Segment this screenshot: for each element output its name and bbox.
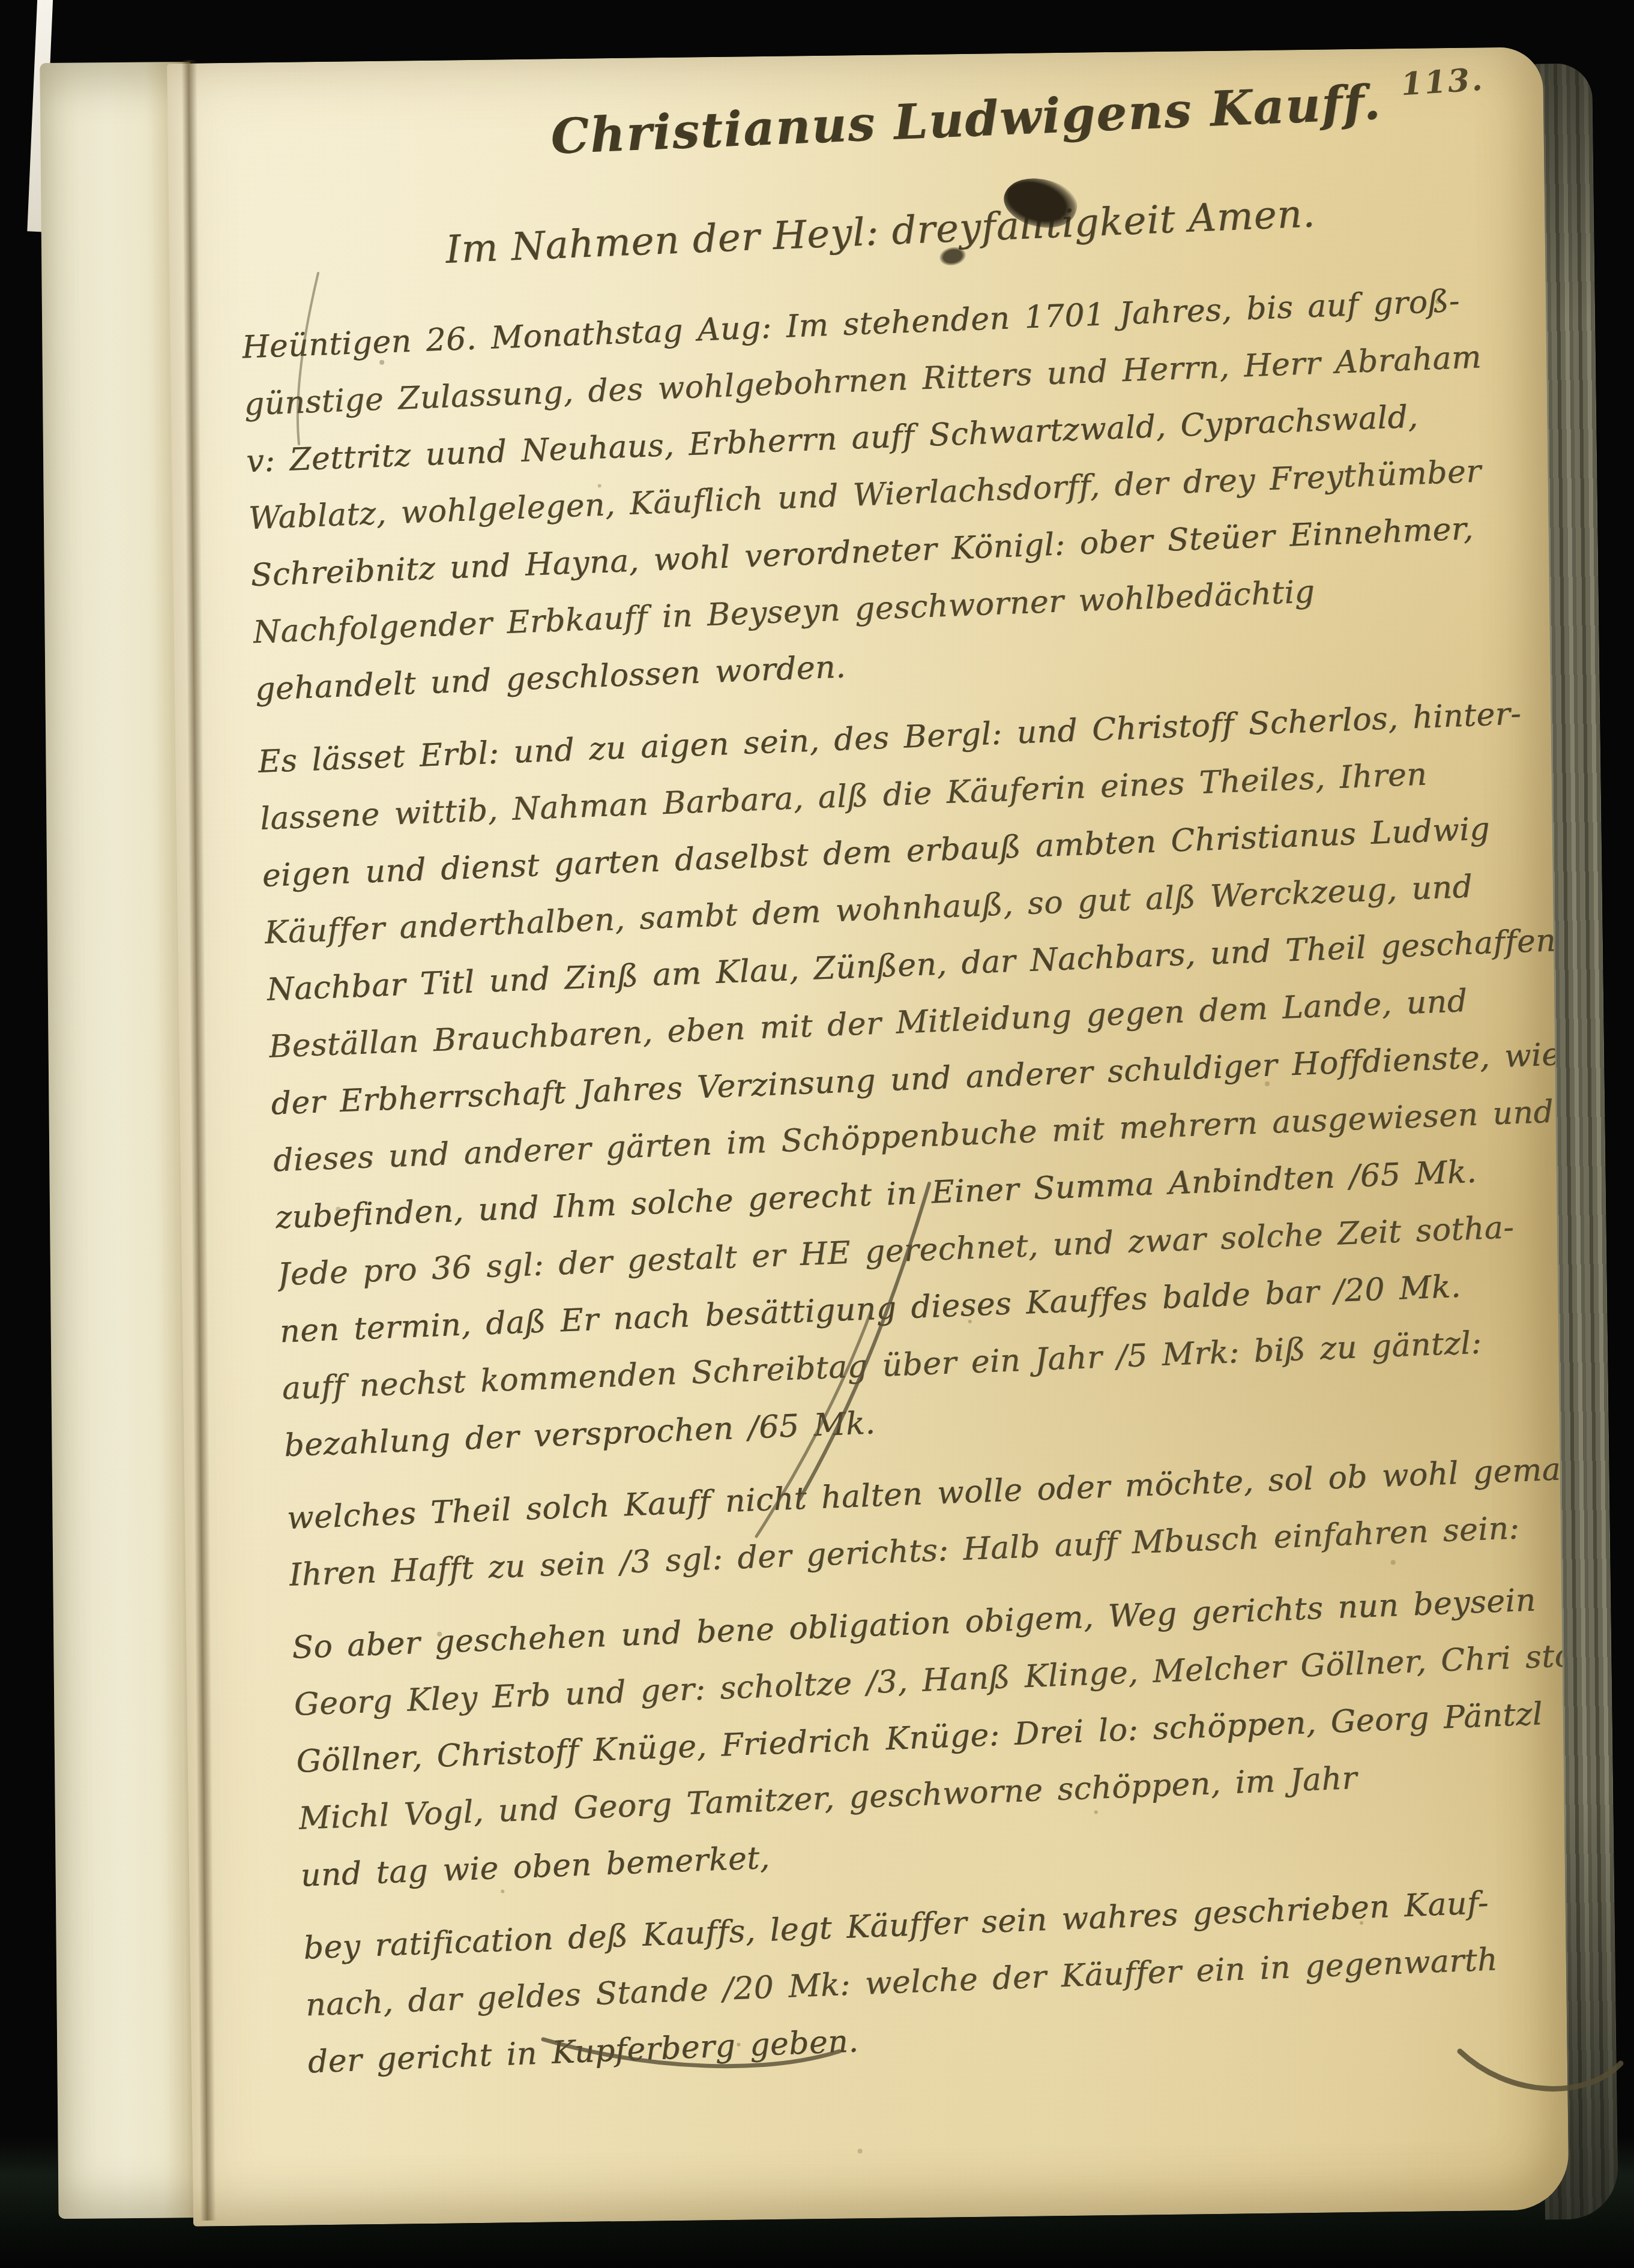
manuscript-body: Heüntigen 26. Monathstag Aug: Im stehend…	[241, 269, 1569, 2107]
paper-speckles	[167, 64, 169, 66]
paragraph: So aber geschehen und bene obligation ob…	[291, 1569, 1569, 1904]
paragraph: Heüntigen 26. Monathstag Aug: Im stehend…	[241, 269, 1569, 718]
scan-background: { "manuscript": { "page_number": "113.",…	[0, 0, 1634, 2268]
paragraph: bey ratification deß Kauffs, legt Käuffe…	[303, 1869, 1569, 2092]
manuscript-page: 113. Christianus Ludwigens Kauff. Im Nah…	[167, 47, 1569, 2227]
page-title: Christianus Ludwigens Kauff.	[455, 70, 1477, 169]
paragraph: Es lässet Erbl: und zu aigen sein, des B…	[257, 683, 1569, 1475]
invocation-line: Im Nahmen der Heyl: dreyfalltigkeit Amen…	[343, 187, 1418, 277]
